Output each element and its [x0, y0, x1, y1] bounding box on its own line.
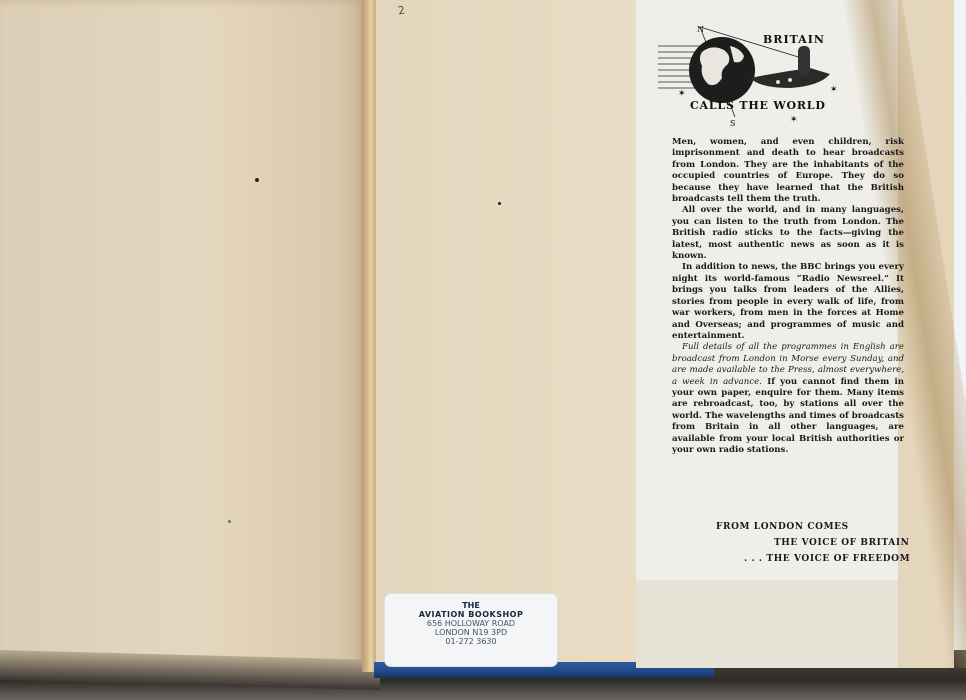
paper-spot: [255, 178, 259, 182]
closing-line-1: FROM LONDON COMES: [716, 519, 938, 535]
leaflet-closing: FROM LONDON COMES THE VOICE OF BRITAIN .…: [716, 519, 938, 567]
svg-text:✶: ✶: [678, 89, 686, 99]
sticker-phone: 01-272 3630: [385, 637, 557, 646]
sticker-shop-name: AVIATION BOOKSHOP: [385, 610, 557, 619]
leaflet-title-calls: CALLS THE WORLD: [690, 99, 826, 112]
bookseller-sticker: THE AVIATION BOOKSHOP 656 HOLLOWAY ROAD …: [385, 594, 557, 666]
book-gutter: [362, 0, 376, 672]
svg-text:S: S: [730, 119, 735, 128]
leaflet-lower-section: [636, 580, 898, 668]
leaflet-title-britain: BRITAIN: [763, 33, 825, 46]
closing-line-2: THE VOICE OF BRITAIN: [716, 535, 938, 551]
svg-text:✶: ✶: [790, 115, 798, 125]
paper-spot: [498, 202, 501, 205]
closing-line-3: . . . THE VOICE OF FREEDOM: [716, 551, 938, 567]
leaflet-paragraph-tail: If you cannot find them in your own pape…: [672, 377, 904, 455]
sticker-city: LONDON N19 3PD: [385, 628, 557, 637]
sticker-line: THE: [385, 601, 557, 610]
svg-text:N: N: [697, 25, 704, 34]
leaflet-paragraph: Men, women, and even children, risk impr…: [672, 137, 904, 205]
svg-text:✶: ✶: [830, 85, 838, 95]
sticker-address: 656 HOLLOWAY ROAD: [385, 619, 557, 628]
leaflet-paragraph: All over the world, and in many language…: [672, 205, 904, 262]
leaflet-body: Men, women, and even children, risk impr…: [672, 137, 904, 456]
leaflet-paragraph-details: Full details of all the programmes in En…: [672, 342, 904, 456]
leaflet-paragraph: In addition to news, the BBC brings you …: [672, 262, 904, 342]
paper-spot: [228, 520, 231, 523]
left-endpaper: [0, 0, 368, 672]
